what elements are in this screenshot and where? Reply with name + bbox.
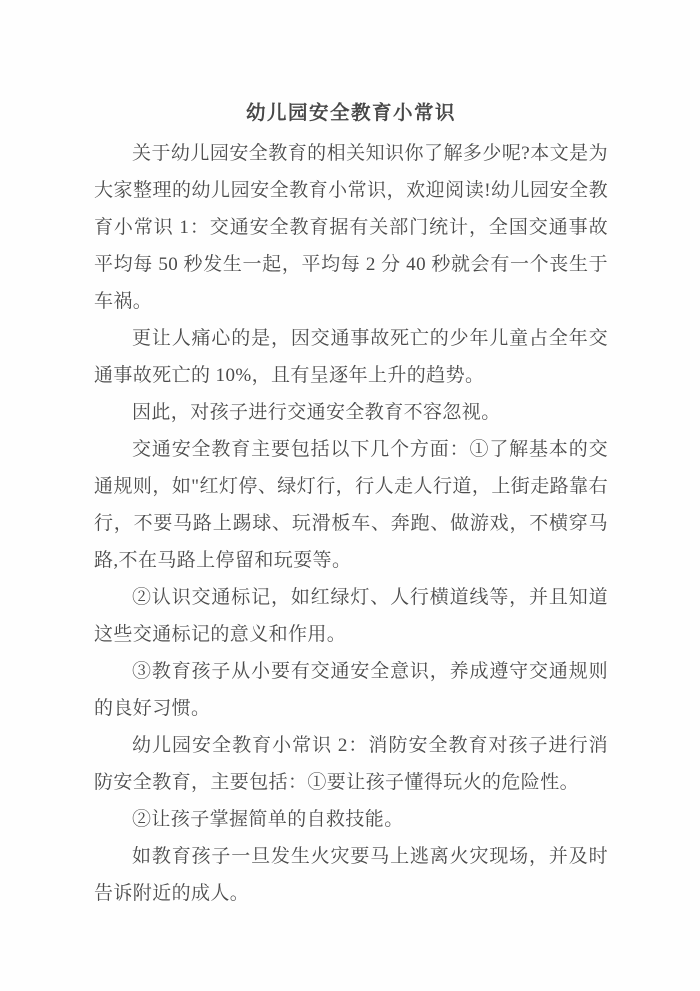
document-title: 幼儿园安全教育小常识 xyxy=(94,95,608,132)
paragraph-fire-safety-intro: 幼儿园安全教育小常识 2：消防安全教育对孩子进行消防安全教育，主要包括：①要让孩… xyxy=(94,727,608,801)
paragraph-accident-stats: 更让人痛心的是，因交通事故死亡的少年儿童占全年交通事故死亡的 10%，且有呈逐年… xyxy=(94,320,608,394)
paragraph-intro: 关于幼儿园安全教育的相关知识你了解多少呢?本文是为大家整理的幼儿园安全教育小常识… xyxy=(94,135,608,320)
document-page: 幼儿园安全教育小常识 关于幼儿园安全教育的相关知识你了解多少呢?本文是为大家整理… xyxy=(0,0,700,991)
paragraph-fire-escape: 如教育孩子一旦发生火灾要马上逃离火灾现场，并及时告诉附近的成人。 xyxy=(94,838,608,912)
paragraph-traffic-rules-2: ②认识交通标记，如红绿灯、人行横道线等，并且知道这些交通标记的意义和作用。 xyxy=(94,579,608,653)
paragraph-fire-safety-2: ②让孩子掌握简单的自救技能。 xyxy=(94,801,608,838)
paragraph-traffic-rules-1: 交通安全教育主要包括以下几个方面：①了解基本的交通规则，如"红灯停、绿灯行，行人… xyxy=(94,431,608,579)
paragraph-conclusion-traffic: 因此，对孩子进行交通安全教育不容忽视。 xyxy=(94,394,608,431)
paragraph-traffic-rules-3: ③教育孩子从小要有交通安全意识，养成遵守交通规则的良好习惯。 xyxy=(94,653,608,727)
